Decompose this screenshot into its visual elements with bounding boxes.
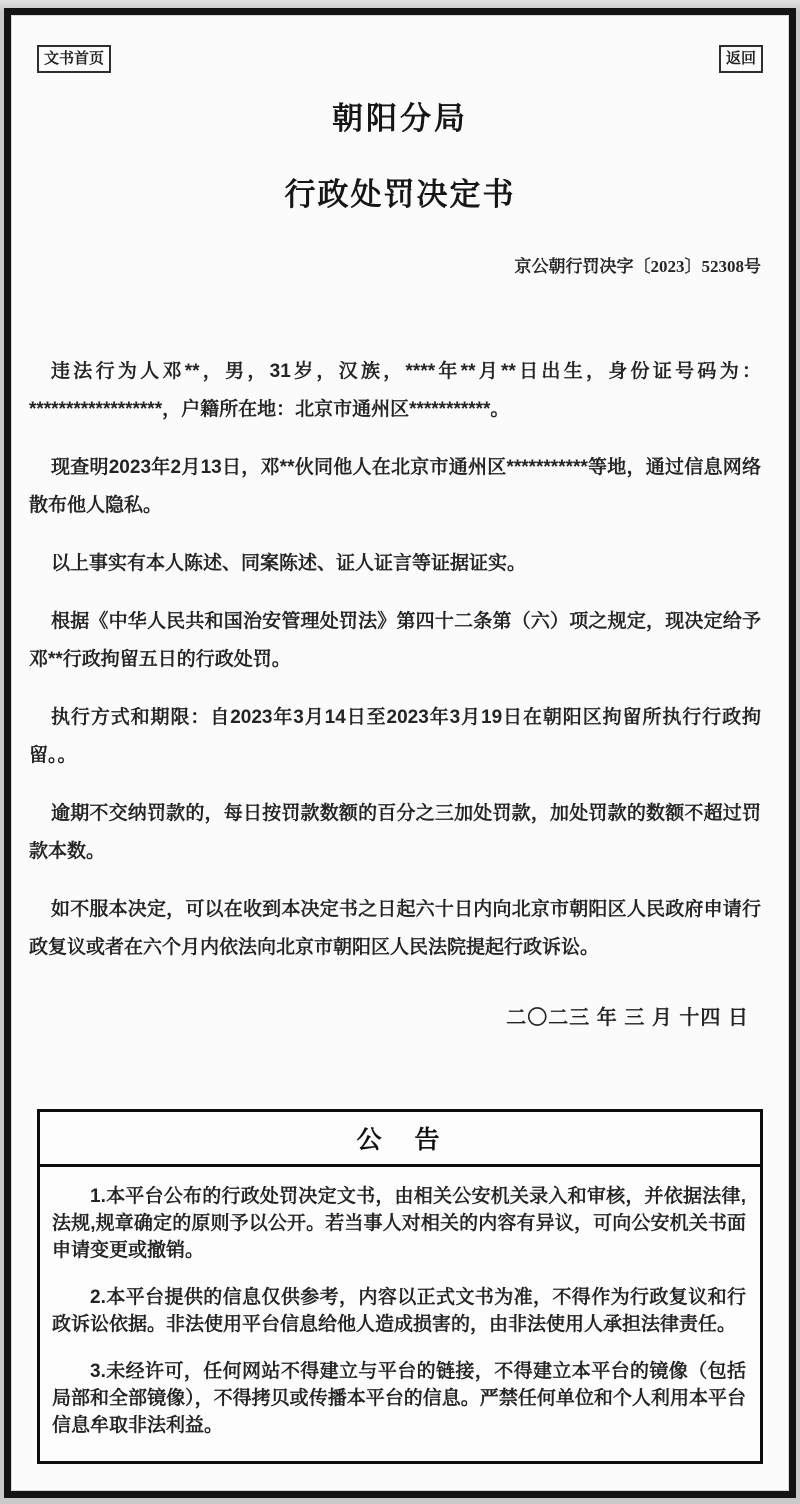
paragraph-late-fine: 逾期不交纳罚款的，每日按罚款数额的百分之三加处罚款，加处罚款的数额不超过罚款本数… [29, 795, 761, 871]
browser-viewport: 文书首页 返回 朝阳分局 行政处罚决定书 京公朝行罚决字〔2023〕52308号… [0, 0, 800, 1504]
paragraph-execution: 执行方式和期限：自2023年3月14日至2023年3月19日在朝阳区拘留所执行行… [29, 699, 761, 775]
bureau-title: 朝阳分局 [11, 99, 789, 139]
document-type-title: 行政处罚决定书 [11, 175, 789, 215]
doc-home-button[interactable]: 文书首页 [37, 45, 111, 73]
notice-item-publication: 1.本平台公布的行政处罚决定文书，由相关公安机关录入和审核，并依据法律,法规,规… [52, 1183, 746, 1264]
document-date: 二〇二三 年 三 月 十四 日 [11, 1005, 789, 1031]
document-page: 文书首页 返回 朝阳分局 行政处罚决定书 京公朝行罚决字〔2023〕52308号… [4, 8, 796, 1498]
notice-item-no-mirroring: 3.未经许可，任何网站不得建立与平台的链接，不得建立本平台的镜像（包括局部和全部… [52, 1358, 746, 1439]
notice-body: 1.本平台公布的行政处罚决定文书，由相关公安机关录入和审核，并依据法律,法规,规… [40, 1167, 760, 1461]
document-body: 违法行为人邓**，男，31岁，汉族，****年**月**日出生，身份证号码为：*… [11, 353, 789, 967]
paragraph-evidence: 以上事实有本人陈述、同案陈述、证人证言等证据证实。 [29, 545, 761, 583]
back-button[interactable]: 返回 [719, 45, 763, 73]
notice-item-reference-only: 2.本平台提供的信息仅供参考，内容以正式文书为准，不得作为行政复议和行政诉讼依据… [52, 1284, 746, 1338]
paragraph-appeal-rights: 如不服本决定，可以在收到本决定书之日起六十日内向北京市朝阳区人民政府申请行政复议… [29, 891, 761, 967]
paragraph-offender-info: 违法行为人邓**，男，31岁，汉族，****年**月**日出生，身份证号码为：*… [29, 353, 761, 429]
paragraph-facts: 现查明2023年2月13日，邓**伙同他人在北京市通州区***********等… [29, 449, 761, 525]
toolbar: 文书首页 返回 [11, 15, 789, 73]
document-number: 京公朝行罚决字〔2023〕52308号 [11, 255, 789, 279]
notice-title: 公 告 [40, 1112, 760, 1167]
paragraph-legal-basis: 根据《中华人民共和国治安管理处罚法》第四十二条第（六）项之规定，现决定给予邓**… [29, 603, 761, 679]
notice-box: 公 告 1.本平台公布的行政处罚决定文书，由相关公安机关录入和审核，并依据法律,… [37, 1109, 763, 1464]
